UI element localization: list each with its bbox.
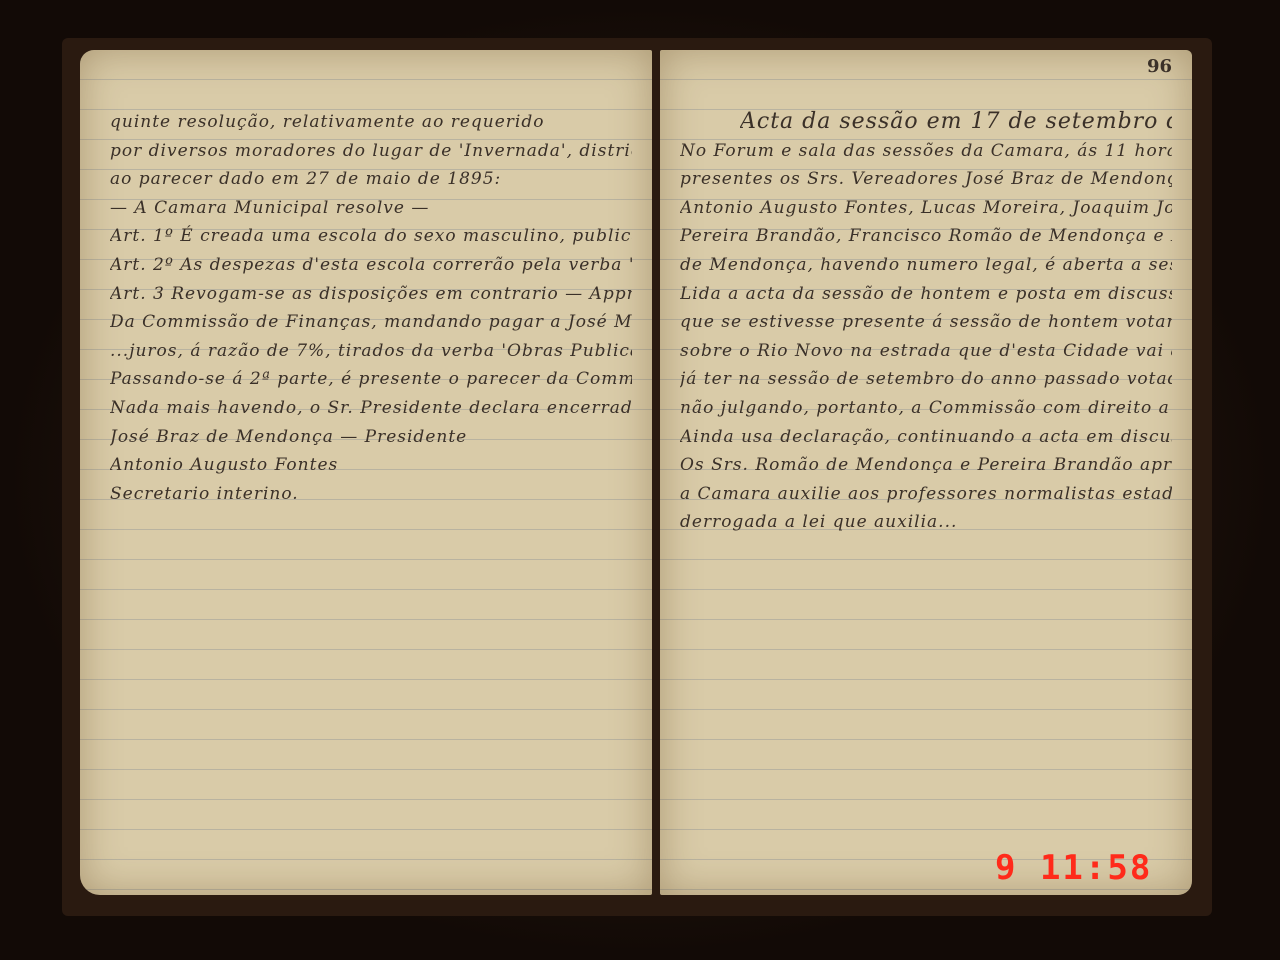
handwritten-line: a Camara auxilie aos professores normali… (680, 480, 1172, 509)
handwritten-line: já ter na sessão de setembro do anno pas… (680, 365, 1172, 394)
handwritten-line: Antonio Augusto Fontes (110, 451, 632, 480)
handwritten-line: Secretario interino. (110, 480, 632, 509)
right-page-text: Acta da sessão em 17 de setembro de 1896… (680, 108, 1172, 537)
handwritten-line: Art. 1º É creada uma escola do sexo masc… (110, 222, 632, 251)
right-page: 96 Acta da sessão em 17 de setembro de 1… (660, 50, 1192, 895)
handwritten-line: Ainda usa declaração, continuando a acta… (680, 423, 1172, 452)
handwritten-line: derrogada a lei que auxilia... (680, 508, 1172, 537)
handwritten-line: sobre o Rio Novo na estrada que d'esta C… (680, 337, 1172, 366)
handwritten-line: Os Srs. Romão de Mendonça e Pereira Bran… (680, 451, 1172, 480)
handwritten-line: quinte resolução, relativamente ao reque… (110, 108, 632, 137)
handwritten-line: não julgando, portanto, a Commissão com … (680, 394, 1172, 423)
handwritten-line: José Braz de Mendonça — Presidente (110, 423, 632, 452)
handwritten-line: ...juros, á razão de 7%, tirados da verb… (110, 337, 632, 366)
handwritten-line: Art. 3 Revogam-se as disposições em cont… (110, 280, 632, 309)
handwritten-line: ao parecer dado em 27 de maio de 1895: (110, 165, 632, 194)
handwritten-line: presentes os Srs. Vereadores José Braz d… (680, 165, 1172, 194)
handwritten-line: que se estivesse presente á sessão de ho… (680, 308, 1172, 337)
handwritten-line: Da Commissão de Finanças, mandando pagar… (110, 308, 632, 337)
handwritten-line: Lida a acta da sessão de hontem e posta … (680, 280, 1172, 309)
handwritten-line: Pereira Brandão, Francisco Romão de Mend… (680, 222, 1172, 251)
handwritten-line: Nada mais havendo, o Sr. Presidente decl… (110, 394, 632, 423)
page-number: 96 (1147, 56, 1172, 77)
handwritten-line: Antonio Augusto Fontes, Lucas Moreira, J… (680, 194, 1172, 223)
minutes-title: Acta da sessão em 17 de setembro de 1896 (740, 108, 1172, 137)
camera-timestamp: 9 11:58 (995, 848, 1152, 888)
handwritten-line: — A Camara Municipal resolve — (110, 194, 632, 223)
handwritten-line: por diversos moradores do lugar de 'Inve… (110, 137, 632, 166)
handwritten-line: No Forum e sala das sessões da Camara, á… (680, 137, 1172, 166)
left-page-text: quinte resolução, relativamente ao reque… (110, 108, 632, 508)
handwritten-line: de Mendonça, havendo numero legal, é abe… (680, 251, 1172, 280)
handwritten-line: Art. 2º As despezas d'esta escola correr… (110, 251, 632, 280)
handwritten-line: Passando-se á 2ª parte, é presente o par… (110, 365, 632, 394)
left-page: quinte resolução, relativamente ao reque… (80, 50, 652, 895)
